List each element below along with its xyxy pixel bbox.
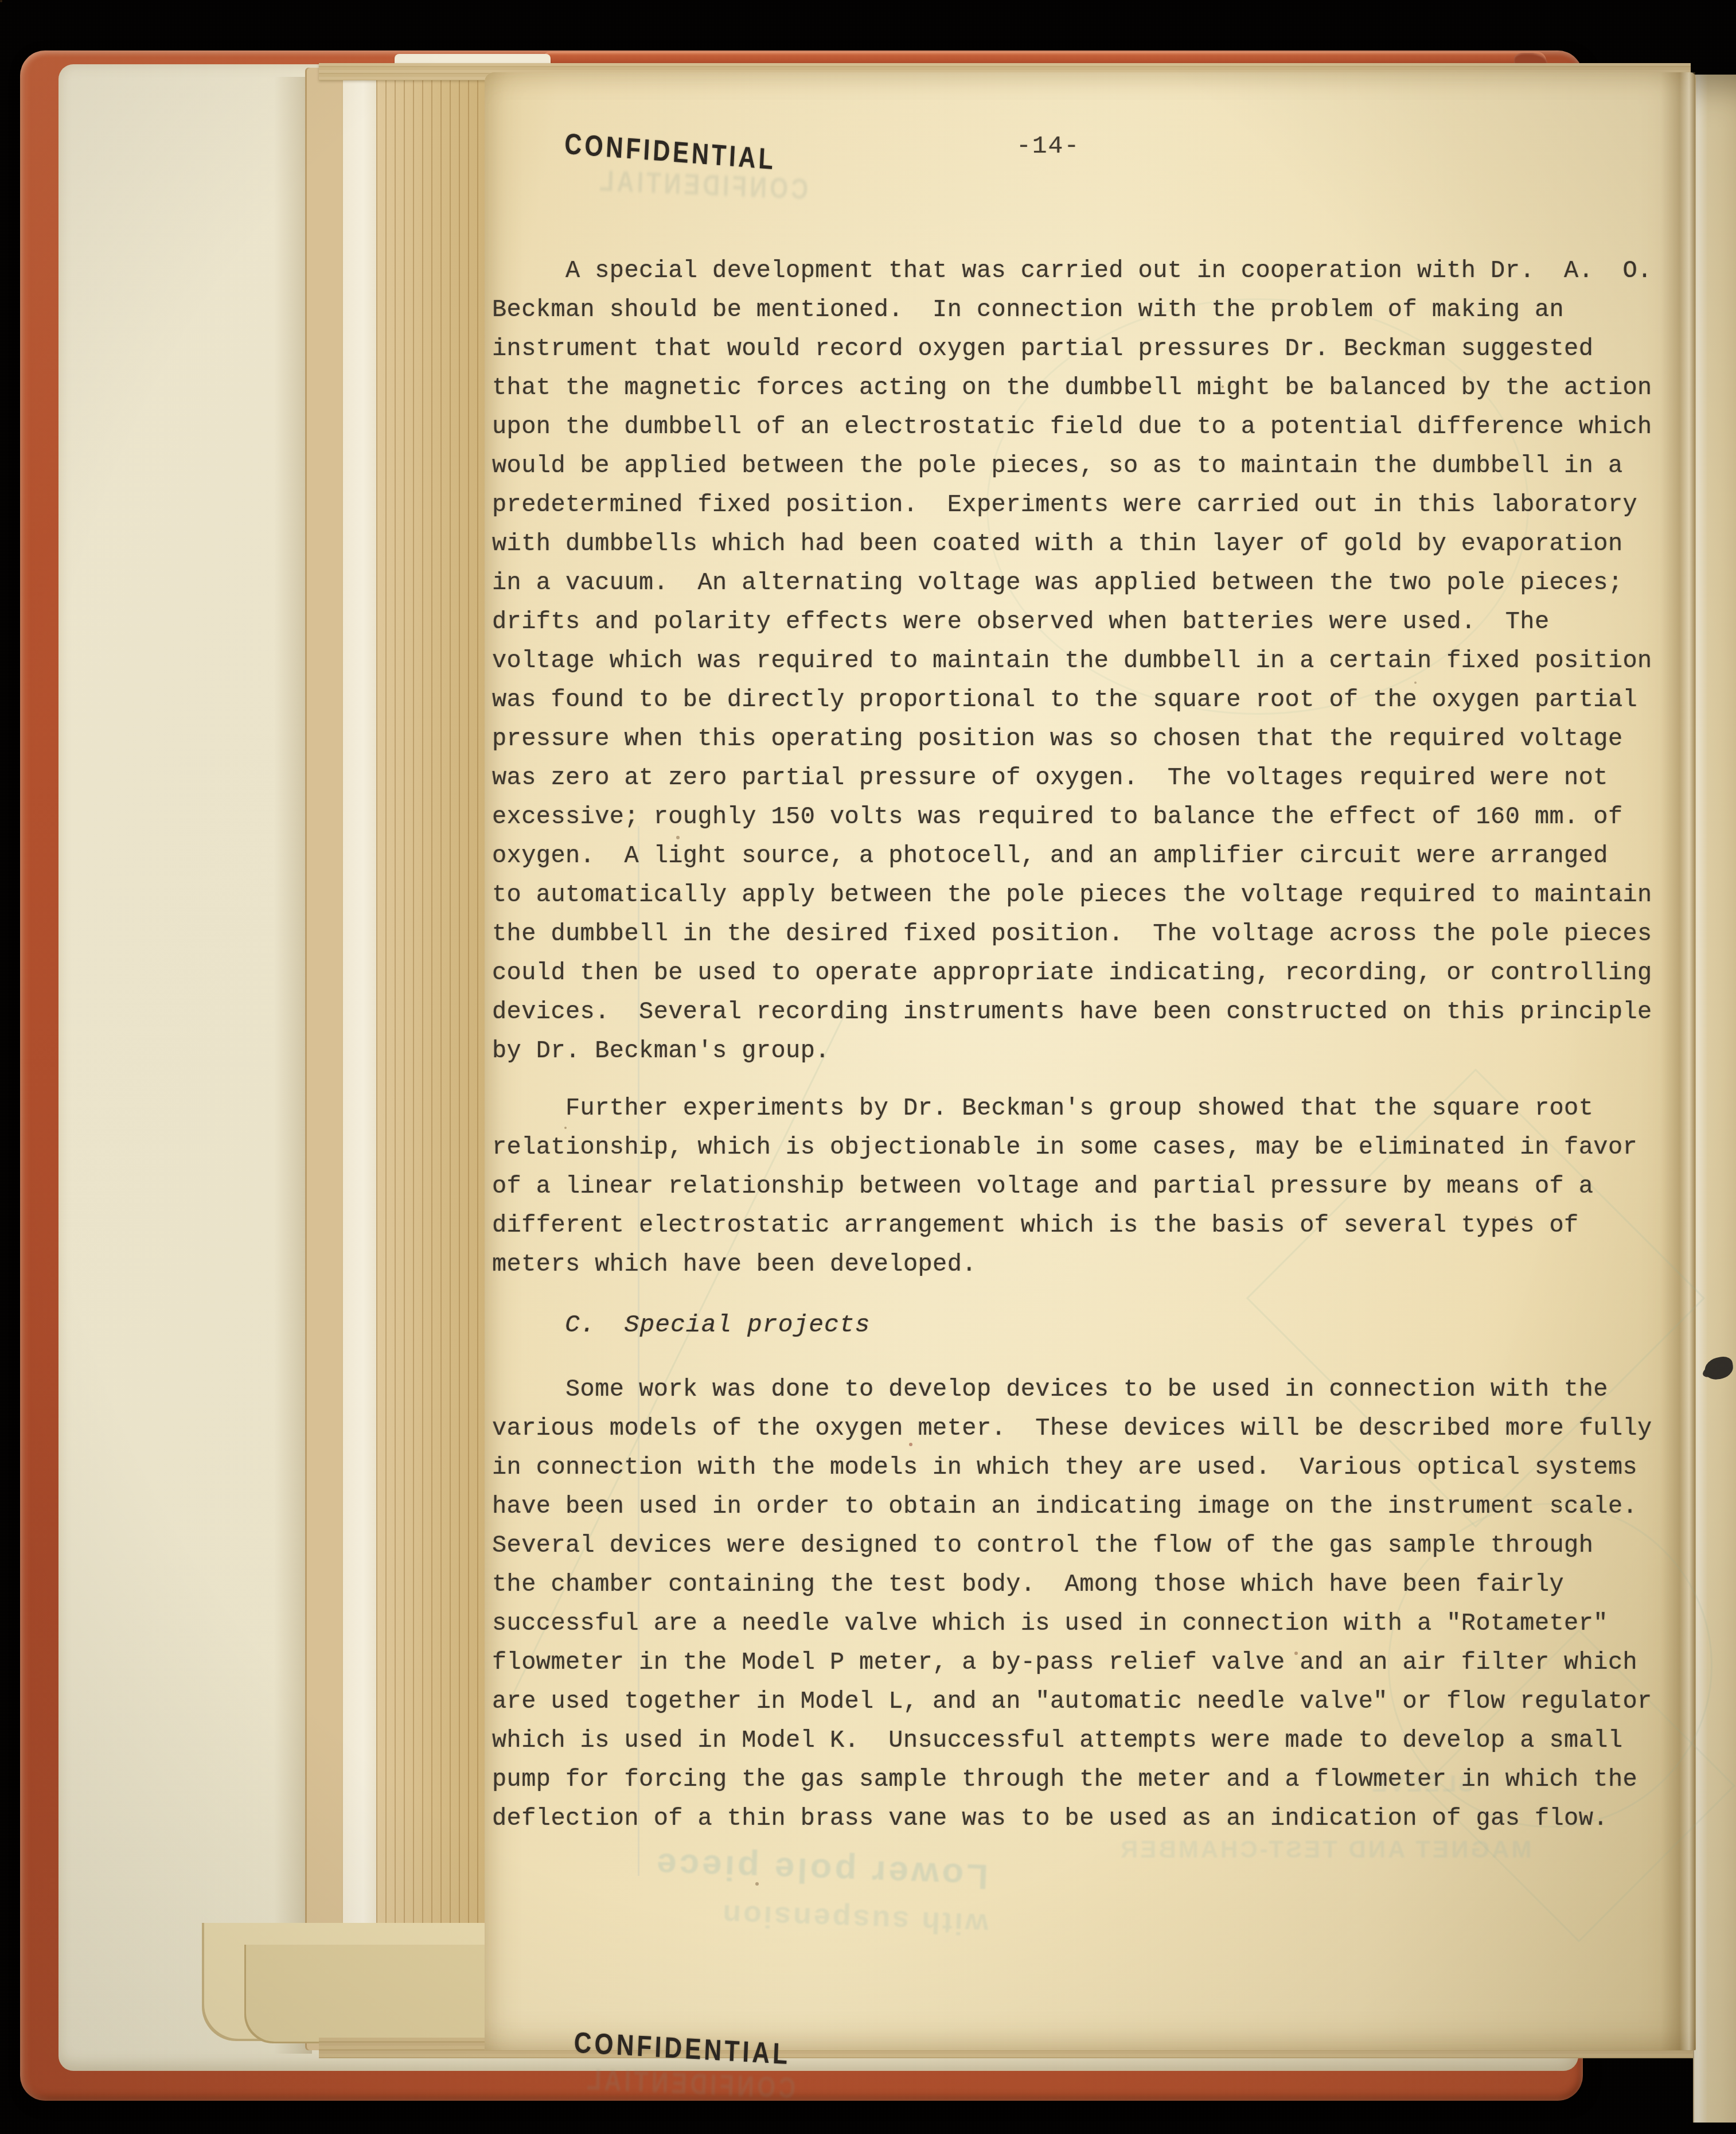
typed-line: flowmeter in the Model P meter, a by-pas… [492, 1643, 1652, 1682]
typed-line: the chamber containing the test body. Am… [492, 1565, 1652, 1604]
typed-line: excessive; roughly 150 volts was require… [492, 797, 1652, 836]
typed-line: pump for forcing the gas sample through … [492, 1760, 1652, 1799]
page-edge-white [343, 70, 380, 2051]
typed-line: was found to be directly proportional to… [492, 680, 1652, 719]
bleedthrough-label: MAGNET AND TEST-CHAMBER [1118, 1836, 1531, 1863]
typed-line: the dumbbell in the desired fixed positi… [492, 914, 1652, 953]
typed-line: predetermined fixed position. Experiment… [492, 485, 1652, 524]
typed-line: upon the dumbbell of an electrostatic fi… [492, 407, 1652, 446]
typed-line: various models of the oxygen meter. Thes… [492, 1409, 1652, 1448]
typed-line: devices. Several recording instruments h… [492, 992, 1652, 1031]
typed-line: with dumbbells which had been coated wit… [492, 524, 1652, 563]
typed-paragraph-1: A special development that was carried o… [492, 251, 1652, 1070]
typed-line: Further experiments by Dr. Beckman's gro… [492, 1089, 1637, 1128]
typed-line: voltage which was required to maintain t… [492, 641, 1652, 680]
typed-line: by Dr. Beckman's group. [492, 1031, 1652, 1070]
photographed-document: Lower pole piece with suspension MAGNET … [0, 0, 1736, 2134]
typed-paragraph-2: Further experiments by Dr. Beckman's gro… [492, 1089, 1637, 1284]
typed-line: would be applied between the pole pieces… [492, 446, 1652, 485]
page-edge-stack [376, 72, 494, 2053]
typed-line: to automatically apply between the pole … [492, 875, 1652, 914]
section-heading-label: C. [565, 1311, 596, 1339]
typed-line: deflection of a thin brass vane was to b… [492, 1799, 1652, 1838]
typed-line: have been used in order to obtain an ind… [492, 1487, 1652, 1526]
typed-line: different electrostatic arrangement whic… [492, 1206, 1637, 1245]
typed-line: A special development that was carried o… [492, 251, 1652, 290]
typed-paragraph-3: Some work was done to develop devices to… [492, 1370, 1652, 1838]
typed-line: instrument that would record oxygen part… [492, 329, 1652, 368]
typed-line: could then be used to operate appropriat… [492, 953, 1652, 992]
typed-line: Some work was done to develop devices to… [492, 1370, 1652, 1409]
section-heading-title: Special projects [625, 1311, 871, 1339]
typed-line: meters which have been developed. [492, 1245, 1637, 1284]
page-edge-tan [305, 68, 348, 2050]
typed-line: oxygen. A light source, a photocell, and… [492, 836, 1652, 875]
typed-line: of a linear relationship between voltage… [492, 1167, 1637, 1206]
typed-line: relationship, which is objectionable in … [492, 1128, 1637, 1167]
typed-line: was zero at zero partial pressure of oxy… [492, 758, 1652, 797]
section-heading: C.Special projects [565, 1306, 870, 1345]
typed-line: which is used in Model K. Unsuccessful a… [492, 1721, 1652, 1760]
typed-line: are used together in Model L, and an "au… [492, 1682, 1652, 1721]
typed-line: successful are a needle valve which is u… [492, 1604, 1652, 1643]
typed-line: drifts and polarity effects were observe… [492, 602, 1652, 641]
typed-line: pressure when this operating position wa… [492, 719, 1652, 758]
typed-line: Beckman should be mentioned. In connecti… [492, 290, 1652, 329]
typed-line: that the magnetic forces acting on the d… [492, 368, 1652, 407]
paper-speckles [0, 0, 2, 2]
typed-line: in connection with the models in which t… [492, 1448, 1652, 1487]
typed-line: Several devices were designed to control… [492, 1526, 1652, 1565]
typed-line: in a vacuum. An alternating voltage was … [492, 563, 1652, 602]
page-corner-sheet [244, 1945, 514, 2043]
page-number: -14- [1016, 132, 1080, 160]
